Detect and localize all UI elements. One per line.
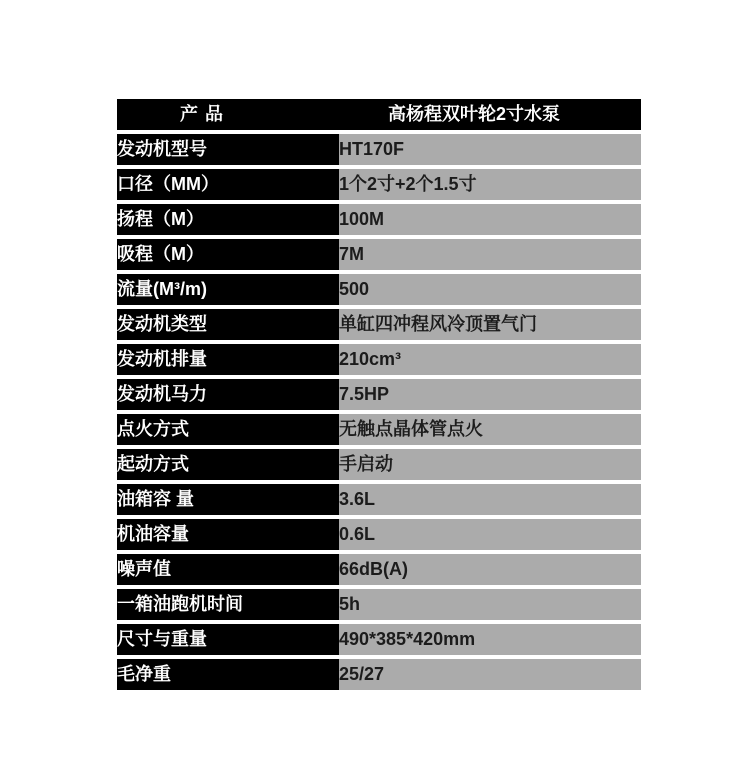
spec-label: 发动机排量 [117,344,339,375]
spec-label: 发动机马力 [117,379,339,410]
spec-label: 尺寸与重量 [117,624,339,655]
spec-row: 口径（MM） 1个2寸+2个1.5寸 [117,169,641,200]
spec-label: 油箱容 量 [117,484,339,515]
spec-value: 无触点晶体管点火 [339,414,641,445]
spec-value: 7M [339,239,641,270]
spec-row: 油箱容 量 3.6L [117,484,641,515]
spec-value: HT170F [339,134,641,165]
spec-label: 发动机类型 [117,309,339,340]
spec-value: 5h [339,589,641,620]
spec-label: 点火方式 [117,414,339,445]
spec-row: 发动机马力 7.5HP [117,379,641,410]
spec-row: 机油容量 0.6L [117,519,641,550]
spec-row: 点火方式 无触点晶体管点火 [117,414,641,445]
spec-label: 一箱油跑机时间 [117,589,339,620]
spec-table-body: 发动机型号 HT170F 口径（MM） 1个2寸+2个1.5寸 扬程（M） 10… [117,134,641,690]
spec-label: 吸程（M） [117,239,339,270]
spec-label: 扬程（M） [117,204,339,235]
spec-row: 发动机排量 210cm³ [117,344,641,375]
spec-label: 起动方式 [117,449,339,480]
spec-value: 3.6L [339,484,641,515]
spec-row: 噪声值 66dB(A) [117,554,641,585]
spec-row: 毛净重 25/27 [117,659,641,690]
spec-header-product-name: 高杨程双叶轮2寸水泵 [339,99,641,130]
spec-row: 扬程（M） 100M [117,204,641,235]
spec-row: 流量(M³/m) 500 [117,274,641,305]
spec-table-head: 产 品 高杨程双叶轮2寸水泵 [117,99,641,130]
spec-value: 25/27 [339,659,641,690]
spec-value: 单缸四冲程风冷顶置气门 [339,309,641,340]
spec-header-row: 产 品 高杨程双叶轮2寸水泵 [117,99,641,130]
spec-value: 500 [339,274,641,305]
spec-value: 66dB(A) [339,554,641,585]
spec-label: 流量(M³/m) [117,274,339,305]
spec-row: 吸程（M） 7M [117,239,641,270]
spec-value: 手启动 [339,449,641,480]
spec-value: 490*385*420mm [339,624,641,655]
spec-value: 1个2寸+2个1.5寸 [339,169,641,200]
spec-label: 机油容量 [117,519,339,550]
spec-row: 发动机类型 单缸四冲程风冷顶置气门 [117,309,641,340]
spec-header-product-label: 产 品 [117,99,339,130]
spec-table: 产 品 高杨程双叶轮2寸水泵 发动机型号 HT170F 口径（MM） 1个2寸+… [117,95,641,694]
spec-row: 起动方式 手启动 [117,449,641,480]
spec-row: 尺寸与重量 490*385*420mm [117,624,641,655]
spec-label: 噪声值 [117,554,339,585]
spec-label: 发动机型号 [117,134,339,165]
product-spec-page: 产 品 高杨程双叶轮2寸水泵 发动机型号 HT170F 口径（MM） 1个2寸+… [0,0,750,769]
spec-row: 一箱油跑机时间 5h [117,589,641,620]
spec-label: 毛净重 [117,659,339,690]
spec-value: 100M [339,204,641,235]
spec-value: 7.5HP [339,379,641,410]
spec-label: 口径（MM） [117,169,339,200]
spec-value: 0.6L [339,519,641,550]
spec-row: 发动机型号 HT170F [117,134,641,165]
spec-value: 210cm³ [339,344,641,375]
